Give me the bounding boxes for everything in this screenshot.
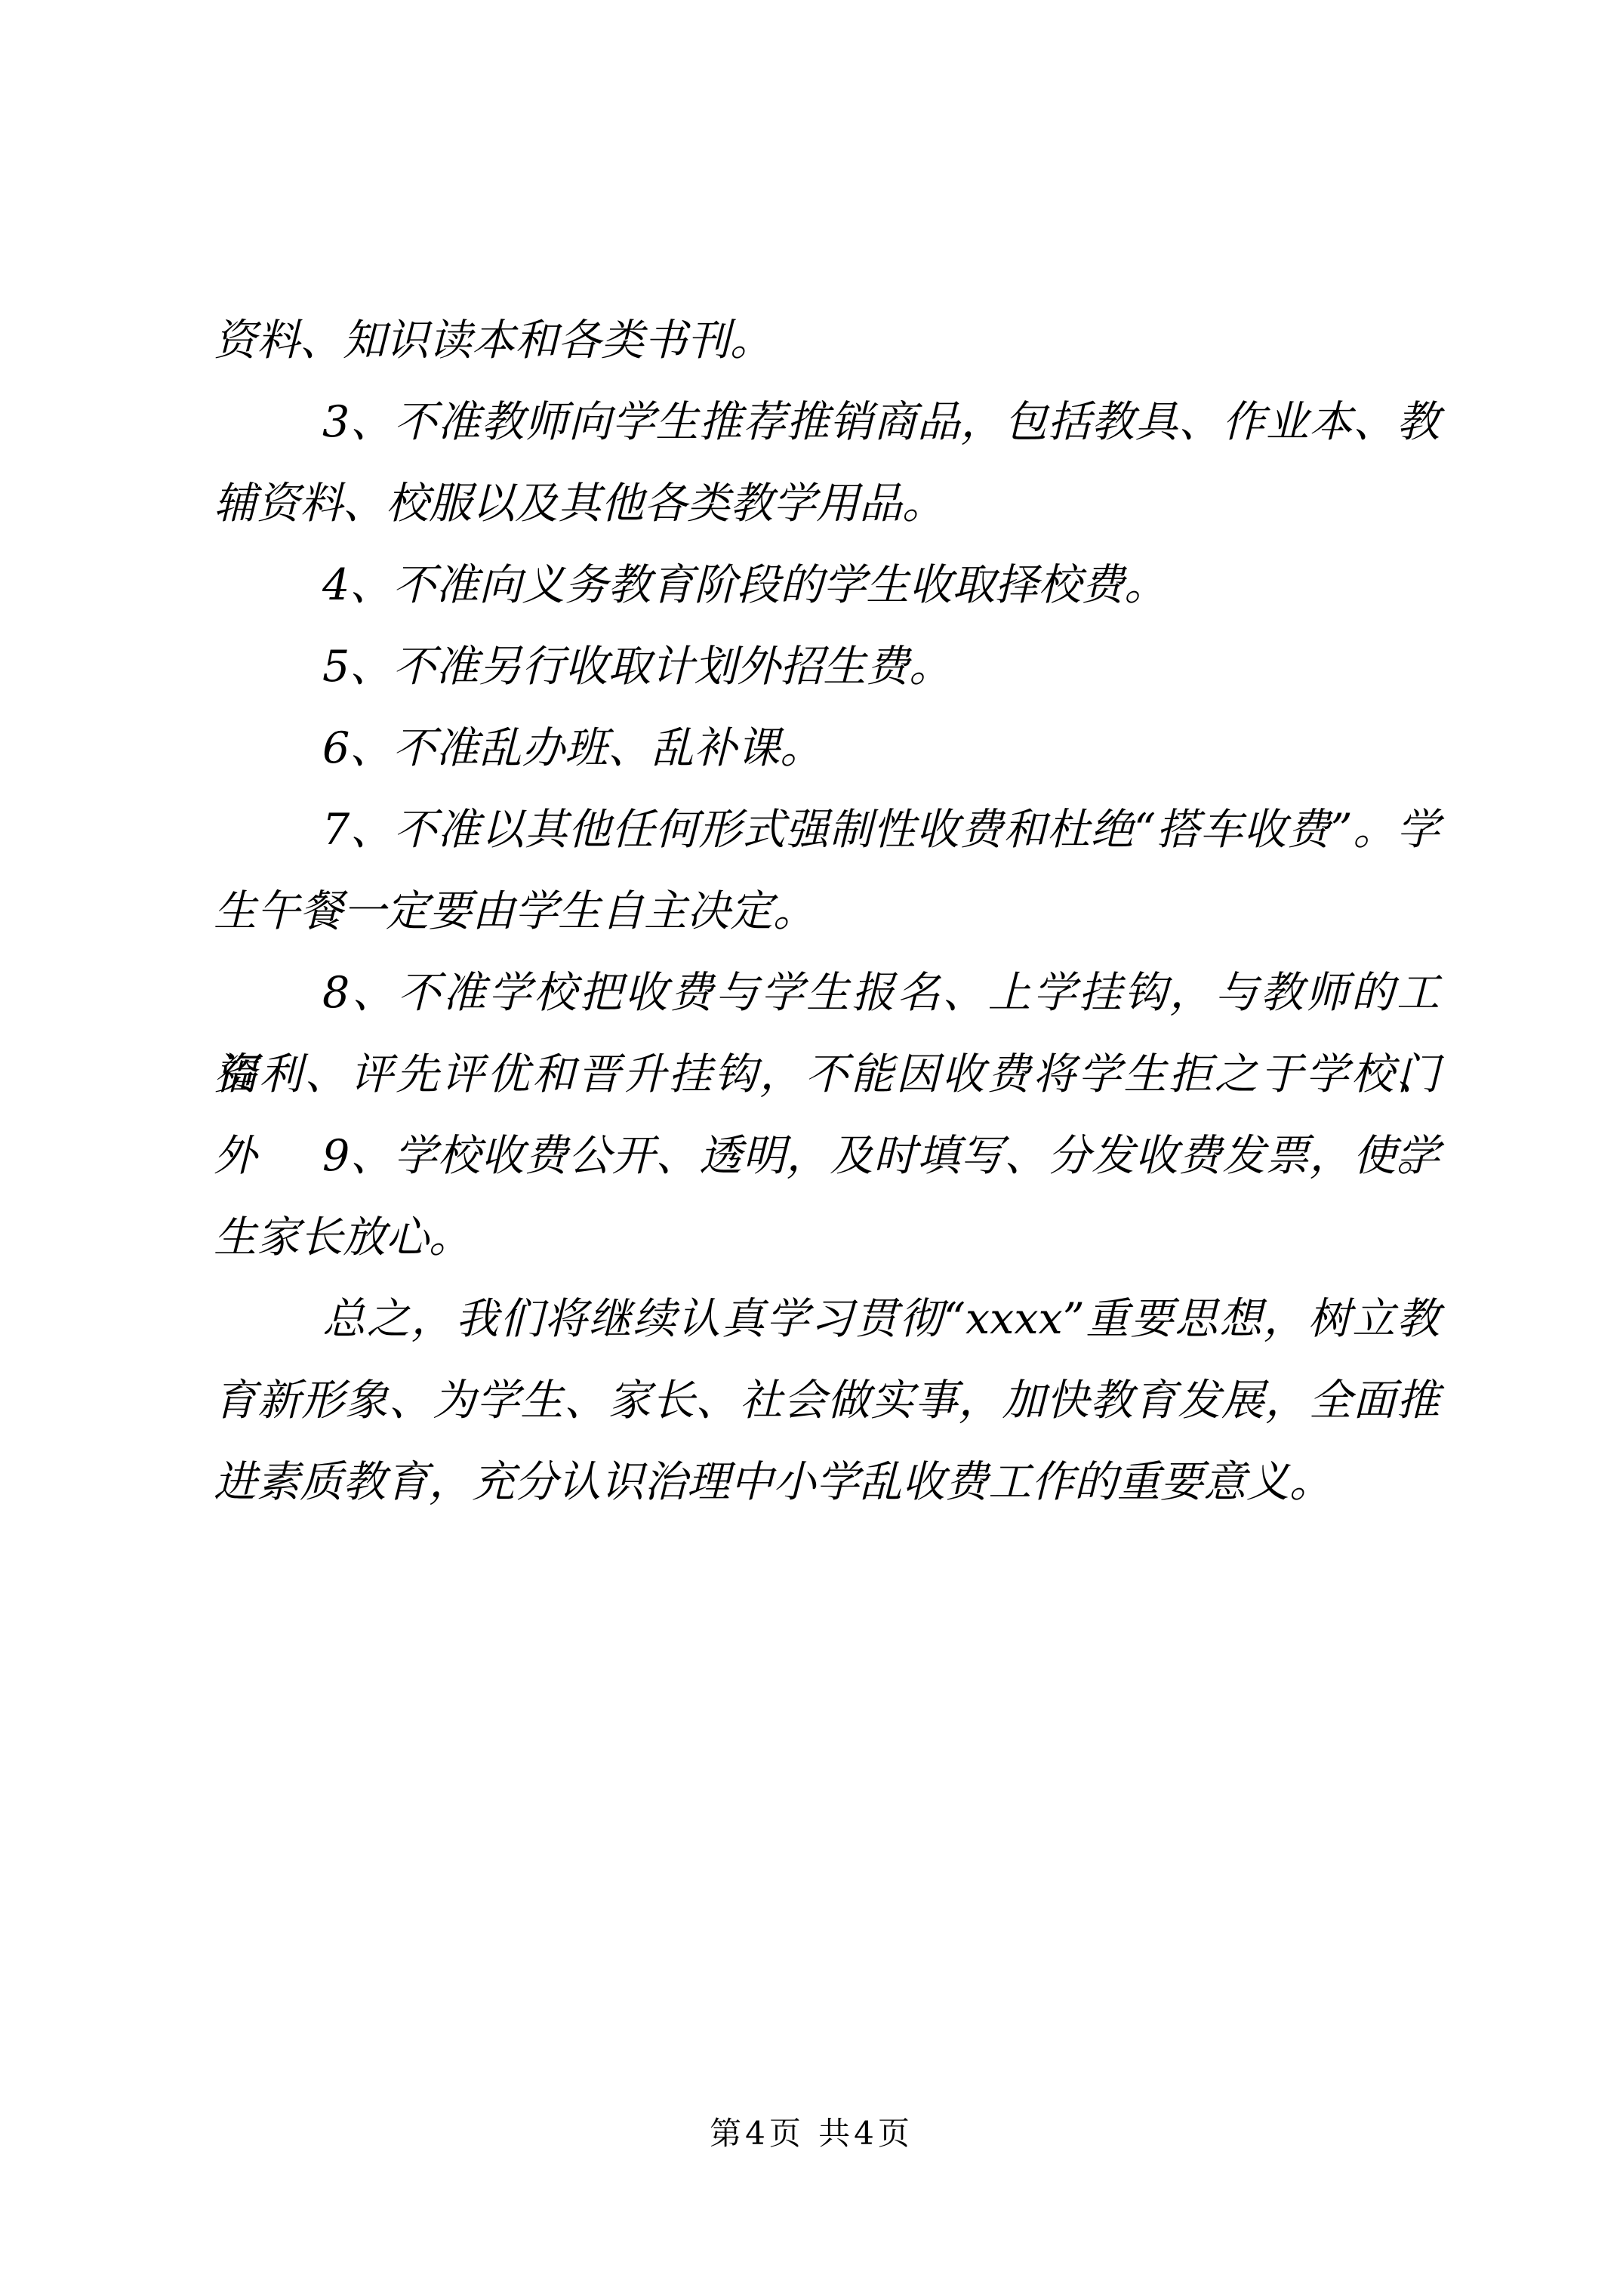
- page-footer: 第4页 共4页: [0, 2114, 1623, 2153]
- text-line: 育新形象、为学生、家长、社会做实事，加快教育发展，全面推: [214, 1360, 1440, 1441]
- text-line: 4、不准向义务教育阶段的学生收取择校费。: [214, 544, 1440, 626]
- page-number: 第4页 共4页: [710, 2115, 913, 2152]
- text-line: 5、不准另行收取计划外招生费。: [214, 626, 1440, 707]
- text-line: 生家长放心。: [214, 1197, 1440, 1278]
- text-line: 7、不准以其他任何形式强制性收费和杜绝“搭车收费”。学: [214, 789, 1440, 871]
- text-line: 福利、评先评优和晋升挂钩，不能因收费将学生拒之于学校门外。: [214, 1034, 1440, 1115]
- text-line: 9、学校收费公开、透明，及时填写、分发收费发票，使学: [214, 1115, 1440, 1197]
- text-line: 进素质教育，充分认识治理中小学乱收费工作的重要意义。: [214, 1441, 1440, 1523]
- text-line: 6、不准乱办班、乱补课。: [214, 707, 1440, 789]
- document-body: 资料、知识读本和各类书刊。3、不准教师向学生推荐推销商品，包括教具、作业本、教辅…: [214, 300, 1440, 1523]
- text-line: 辅资料、校服以及其他各类教学用品。: [214, 463, 1440, 544]
- text-line: 8、不准学校把收费与学生报名、上学挂钩，与教师的工资、: [214, 952, 1440, 1034]
- text-line: 资料、知识读本和各类书刊。: [214, 300, 1440, 381]
- text-line: 3、不准教师向学生推荐推销商品，包括教具、作业本、教: [214, 381, 1440, 463]
- text-line: 生午餐一定要由学生自主决定。: [214, 871, 1440, 952]
- text-line: 总之，我们将继续认真学习贯彻“xxxx”重要思想，树立教: [214, 1278, 1440, 1360]
- document-page: 资料、知识读本和各类书刊。3、不准教师向学生推荐推销商品，包括教具、作业本、教辅…: [0, 0, 1623, 2296]
